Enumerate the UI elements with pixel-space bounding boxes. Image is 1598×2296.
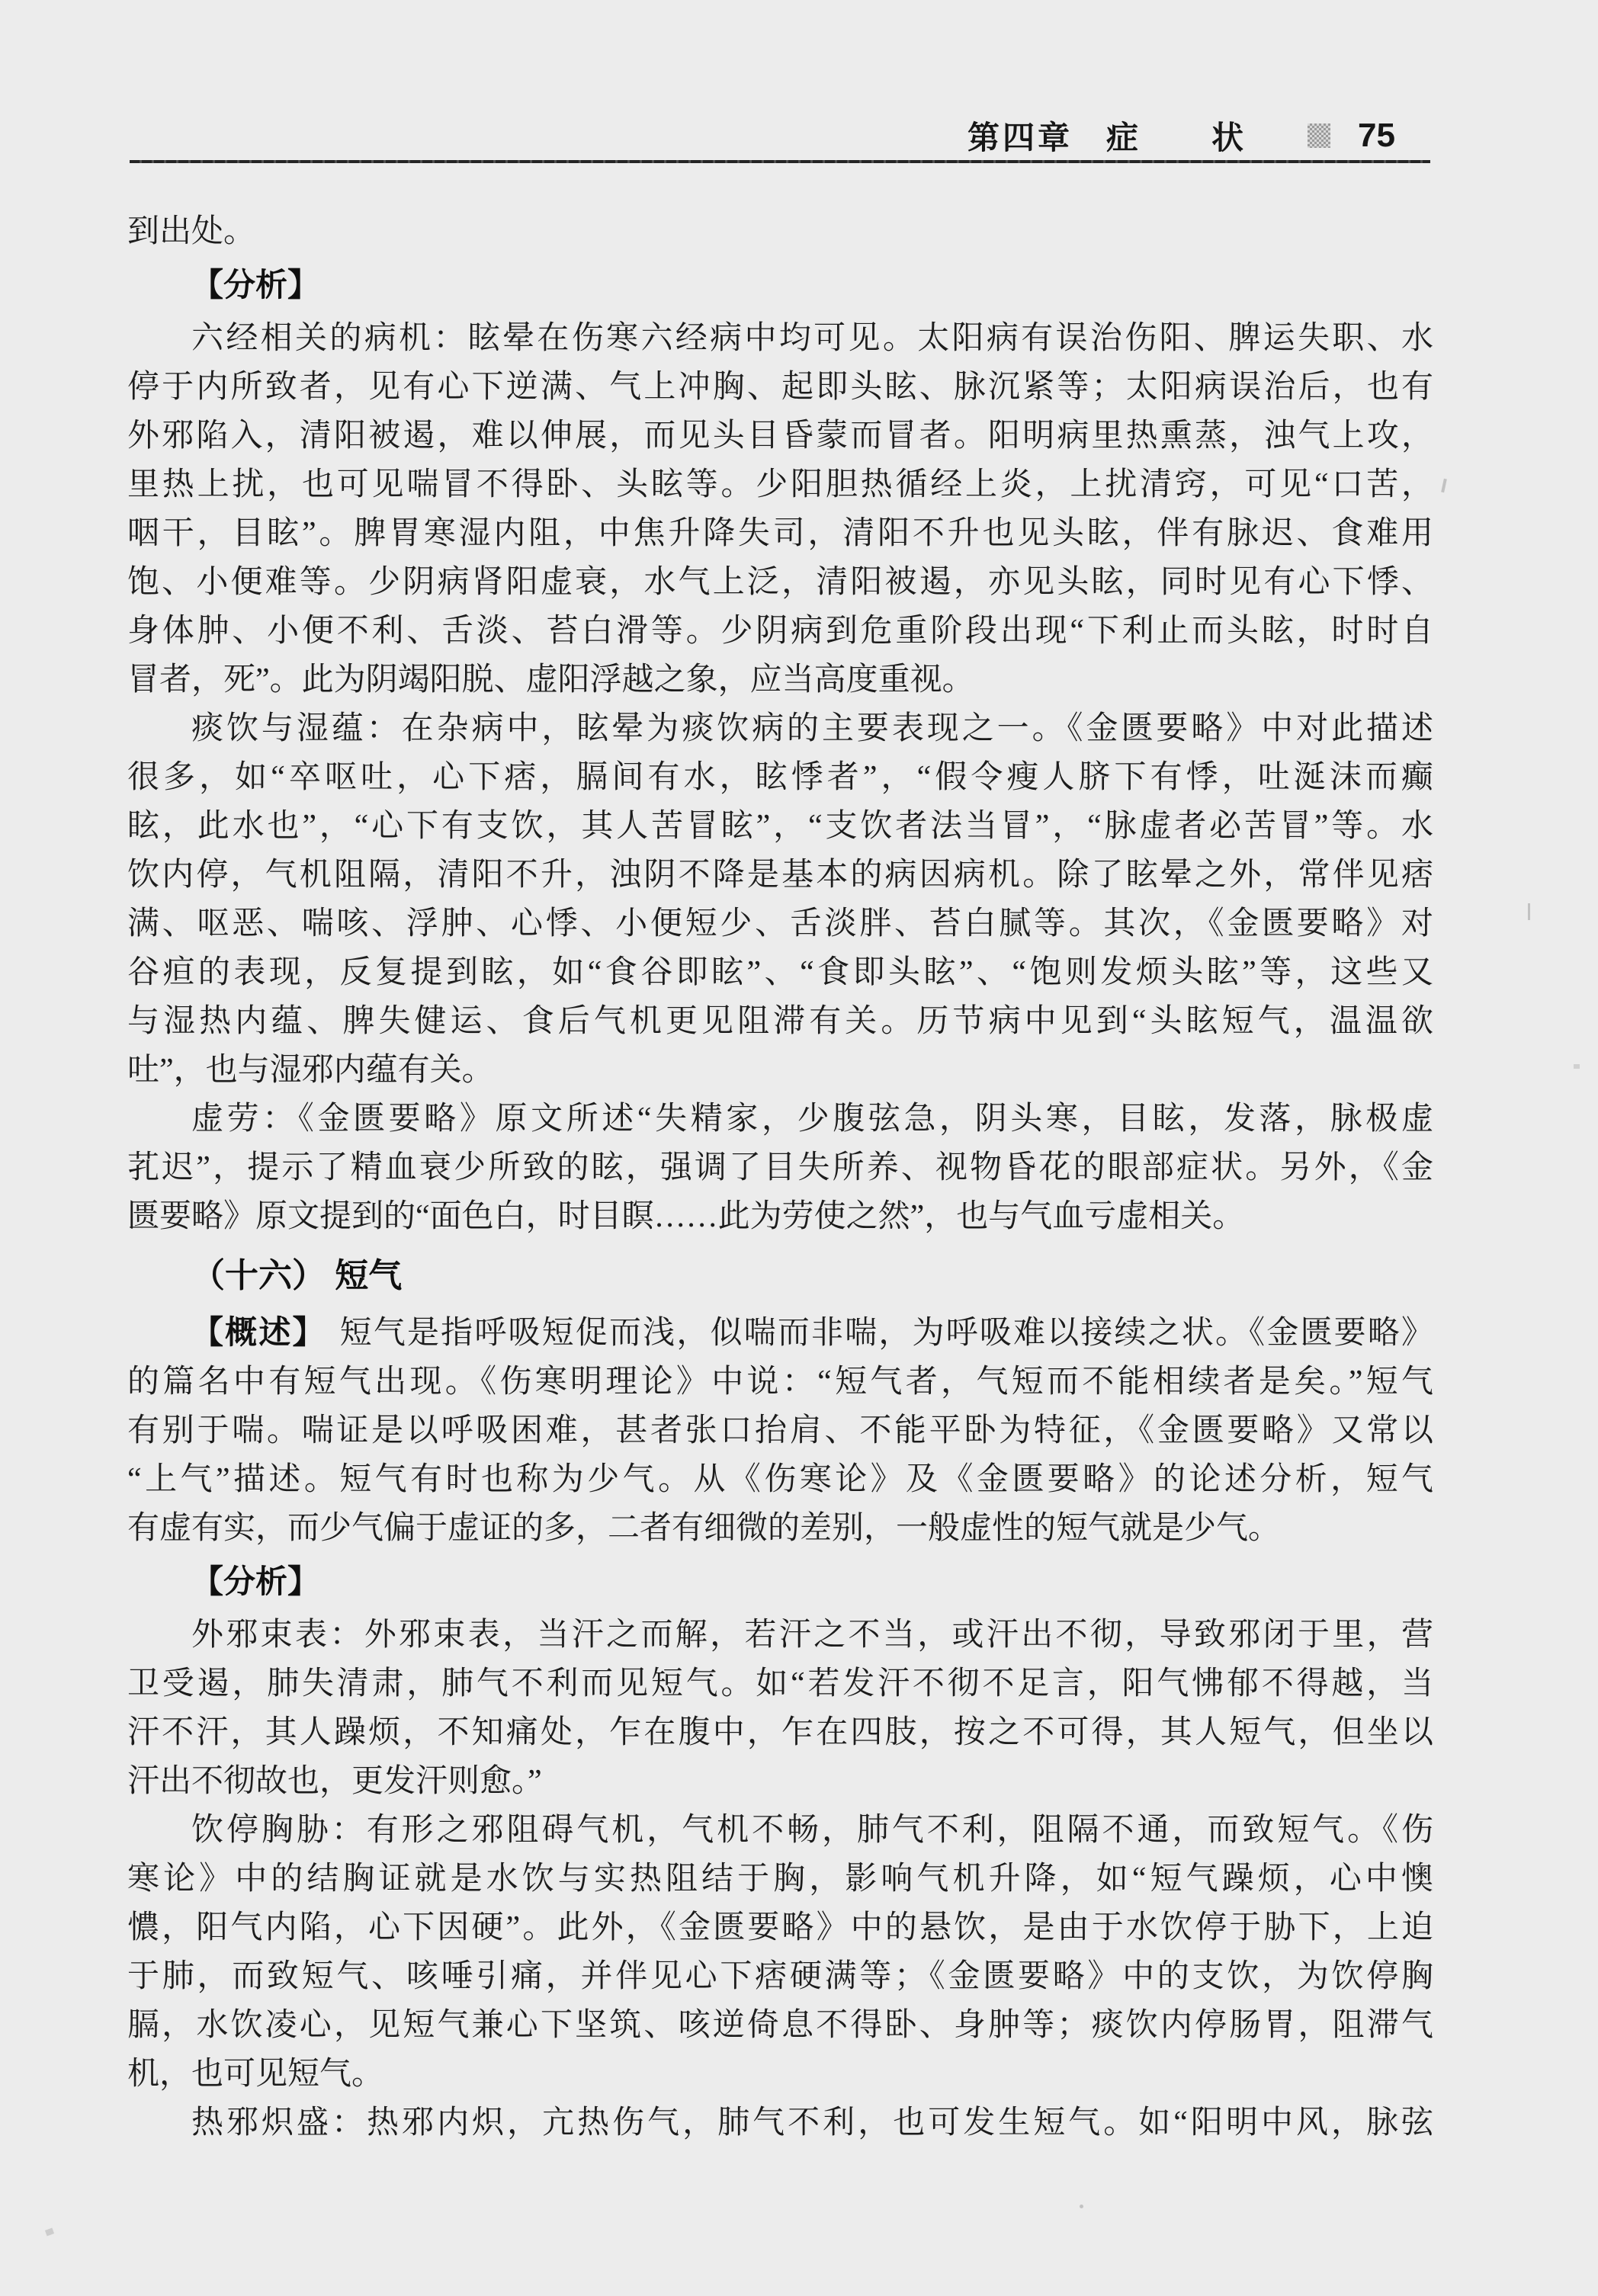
- scan-artifact: [1574, 1064, 1580, 1069]
- text-line: 吐”，也与湿邪内蕴有关。: [127, 1046, 1433, 1095]
- scan-artifact: [45, 2228, 54, 2237]
- scan-artifact: [1528, 903, 1530, 920]
- body-text: 到出处。【分析】六经相关的病机：眩晕在伤寒六经病中均可见。太阳病有误治伤阳、脾运…: [127, 207, 1433, 2147]
- text-line: 眩，此水也”，“心下有支饮，其人苦冒眩”，“支饮者法当冒”，“脉虚者必苦冒”等。…: [127, 802, 1433, 851]
- text-line: “上气”描述。短气有时也称为少气。从《伤寒论》及《金匮要略》的论述分析，短气: [127, 1455, 1433, 1504]
- paragraph: 痰饮与湿蕴：在杂病中，眩晕为痰饮病的主要表现之一。《金匮要略》中对此描述很多，如…: [127, 704, 1433, 1095]
- text-line: 六经相关的病机：眩晕在伤寒六经病中均可见。太阳病有误治伤阳、脾运失职、水: [127, 314, 1433, 363]
- section-title-char-1: 症: [1106, 113, 1138, 159]
- text-line: 谷疸的表现，反复提到眩，如“食谷即眩”、“食即头眩”、“饱则发烦头眩”等，这些又: [127, 948, 1433, 997]
- text-line: 身体肿、小便不利、舌淡、苔白滑等。少阴病到危重阶段出现“下利止而头眩，时时自: [127, 607, 1433, 656]
- text-line: 寒论》中的结胸证就是水饮与实热阻结于胸，影响气机升降，如“短气躁烦，心中懊: [127, 1855, 1433, 1903]
- scan-artifact: [1441, 479, 1447, 492]
- section-heading: （十六） 短气: [127, 1252, 1433, 1300]
- text-line: 卫受遏，肺失清肃，肺气不利而见短气。如“若发汗不彻不足言，阳气怫郁不得越，当: [127, 1659, 1433, 1708]
- text-line: 饮内停，气机阻隔，清阳不升，浊阴不降是基本的病因病机。除了眩晕之外，常伴见痞: [127, 851, 1433, 899]
- text-line: 热邪炽盛：热邪内炽，亢热伤气，肺气不利，也可发生短气。如“阳明中风，脉弦: [127, 2099, 1433, 2147]
- text-line: 芤迟”，提示了精血衰少所致的眩，强调了目失所养、视物昏花的眼部症状。另外，《金: [127, 1143, 1433, 1192]
- text-line: 匮要略》原文提到的“面色白，时目瞑……此为劳使之然”，也与气血亏虚相关。: [127, 1192, 1433, 1241]
- text-line: 饮停胸胁：有形之邪阻碍气机，气机不畅，肺气不利，阻隔不通，而致短气。《伤: [127, 1806, 1433, 1855]
- text-line: 有别于喘。喘证是以呼吸困难，甚者张口抬肩、不能平卧为特征，《金匮要略》又常以: [127, 1406, 1433, 1455]
- text-line: 与湿热内蕴、脾失健运、食后气机更见阻滞有关。历节病中见到“头眩短气，温温欲: [127, 997, 1433, 1046]
- text-line: 咽干，目眩”。脾胃寒湿内阻，中焦升降失司，清阳不升也见头眩，伴有脉迟、食难用: [127, 509, 1433, 558]
- scan-artifact: [1080, 2205, 1083, 2208]
- paragraph: 饮停胸胁：有形之邪阻碍气机，气机不畅，肺气不利，阻隔不通，而致短气。《伤寒论》中…: [127, 1806, 1433, 2099]
- text-line: 外邪束表：外邪束表，当汗之而解，若汗之不当，或汗出不彻，导致邪闭于里，营: [127, 1611, 1433, 1659]
- analysis-label: 【分析】: [127, 1557, 1433, 1606]
- text-line: 冒者，死”。此为阴竭阳脱、虚阳浮越之象，应当高度重视。: [127, 656, 1433, 704]
- paragraph-label: 【概述】: [191, 1314, 326, 1350]
- text-line: 机，也可见短气。: [127, 2050, 1433, 2099]
- page-number: 75: [1358, 117, 1395, 155]
- text-line: 痰饮与湿蕴：在杂病中，眩晕为痰饮病的主要表现之一。《金匮要略》中对此描述: [127, 704, 1433, 753]
- running-header: 第四章 症 状 75: [967, 113, 1395, 159]
- paragraph: 六经相关的病机：眩晕在伤寒六经病中均可见。太阳病有误治伤阳、脾运失职、水停于内所…: [127, 314, 1433, 704]
- text-line: 饱、小便难等。少阴病肾阳虚衰，水气上泛，清阳被遏，亦见头眩，同时见有心下悸、: [127, 558, 1433, 607]
- text-line: 憹，阳气内陷，心下因硬”。此外，《金匮要略》中的悬饮，是由于水饮停于胁下，上迫: [127, 1903, 1433, 1952]
- header-rule: [130, 160, 1430, 163]
- text-line: 汗出不彻故也，更发汗则愈。”: [127, 1757, 1433, 1806]
- chapter-label: 第四章: [967, 113, 1073, 159]
- analysis-label: 【分析】: [127, 261, 1433, 309]
- paragraph: 热邪炽盛：热邪内炽，亢热伤气，肺气不利，也可发生短气。如“阳明中风，脉弦: [127, 2099, 1433, 2147]
- paragraph: 【概述】短气是指呼吸短促而浅，似喘而非喘，为呼吸难以接续之状。《金匮要略》的篇名…: [127, 1308, 1433, 1553]
- section-title-char-2: 状: [1211, 113, 1243, 159]
- text-line: 满、呕恶、喘咳、浮肿、心悸、小便短少、舌淡胖、苔白腻等。其次，《金匮要略》对: [127, 899, 1433, 948]
- text-line: 于肺，而致短气、咳唾引痛，并伴见心下痞硬满等；《金匮要略》中的支饮，为饮停胸: [127, 1952, 1433, 2001]
- book-page: 第四章 症 状 75 到出处。【分析】六经相关的病机：眩晕在伤寒六经病中均可见。…: [0, 0, 1598, 2296]
- text-line: 汗不汗，其人躁烦，不知痛处，乍在腹中，乍在四肢，按之不可得，其人短气，但坐以: [127, 1708, 1433, 1757]
- text-line: 膈，水饮凌心，见短气兼心下坚筑、咳逆倚息不得卧、身肿等；痰饮内停肠胃，阻滞气: [127, 2001, 1433, 2050]
- text-line: 虚劳：《金匮要略》原文所述“失精家，少腹弦急，阴头寒，目眩，发落，脉极虚: [127, 1095, 1433, 1143]
- halftone-square-icon: [1308, 123, 1330, 148]
- paragraph: 虚劳：《金匮要略》原文所述“失精家，少腹弦急，阴头寒，目眩，发落，脉极虚芤迟”，…: [127, 1095, 1433, 1241]
- text-line: 停于内所致者，见有心下逆满、气上冲胸、起即头眩、脉沉紧等；太阳病误治后，也有: [127, 363, 1433, 412]
- text-line: 里热上扰，也可见喘冒不得卧、头眩等。少阳胆热循经上炎，上扰清窍，可见“口苦，: [127, 460, 1433, 509]
- text-line: 到出处。: [127, 207, 1433, 256]
- paragraph: 到出处。: [127, 207, 1433, 256]
- text-line: 【概述】短气是指呼吸短促而浅，似喘而非喘，为呼吸难以接续之状。《金匮要略》: [127, 1308, 1433, 1358]
- text-line: 有虚有实，而少气偏于虚证的多，二者有细微的差别，一般虚性的短气就是少气。: [127, 1504, 1433, 1553]
- text-line: 很多，如“卒呕吐，心下痞，膈间有水，眩悸者”，“假令瘦人脐下有悸，吐涎沫而癫: [127, 753, 1433, 802]
- text-line: 外邪陷入，清阳被遏，难以伸展，而见头目昏蒙而冒者。阳明病里热熏蒸，浊气上攻，: [127, 412, 1433, 460]
- text-line: 的篇名中有短气出现。《伤寒明理论》中说：“短气者，气短而不能相续者是矣。”短气: [127, 1358, 1433, 1406]
- paragraph: 外邪束表：外邪束表，当汗之而解，若汗之不当，或汗出不彻，导致邪闭于里，营卫受遏，…: [127, 1611, 1433, 1806]
